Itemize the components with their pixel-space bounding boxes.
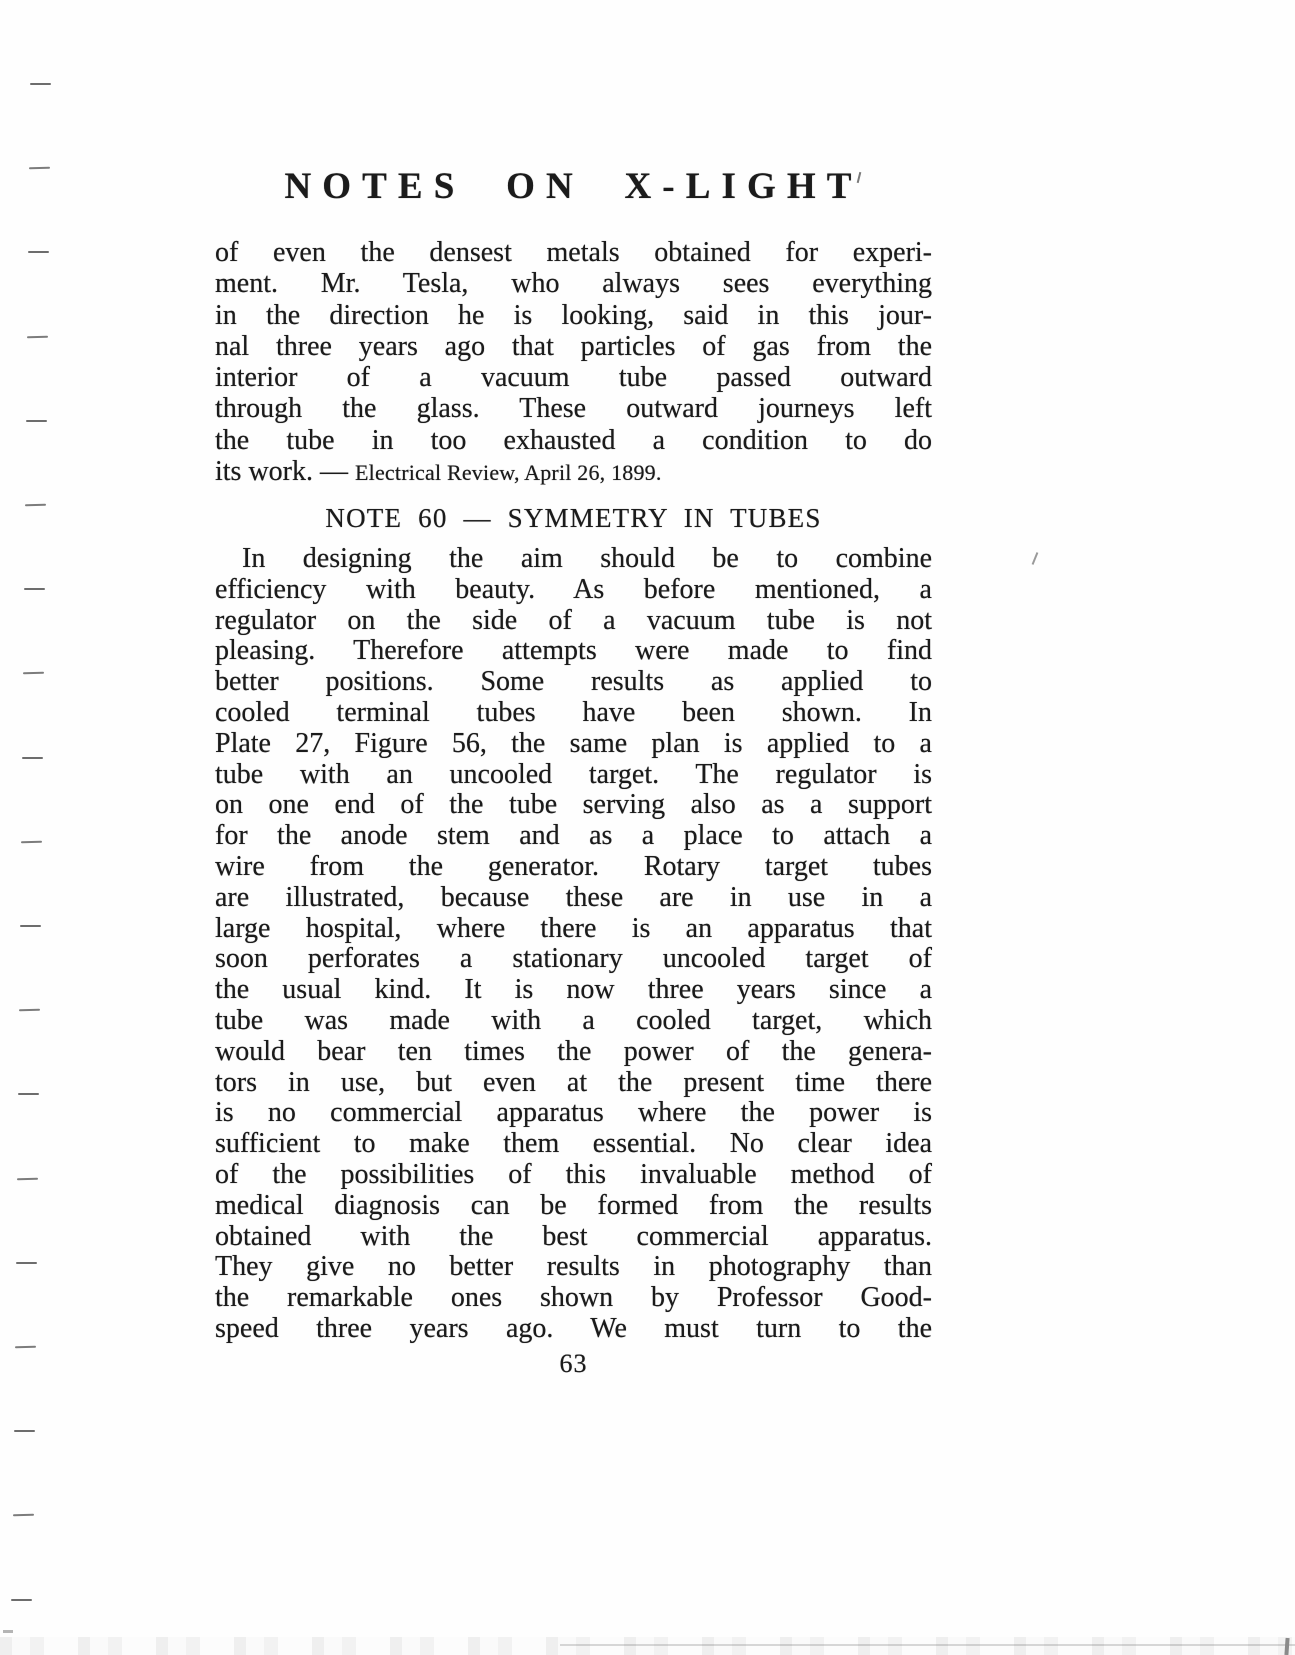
text-line: the tube in too exhausted a condition to… bbox=[215, 425, 932, 456]
text-line: efficiency with beauty. As before mentio… bbox=[215, 575, 932, 606]
margin-scan-dash bbox=[29, 167, 50, 169]
scanned-book-page: NOTES ON X-LIGHT of even the densest met… bbox=[0, 0, 1295, 1655]
margin-scan-dash bbox=[21, 841, 42, 843]
text-line: Plate 27, Figure 56, the same plan is ap… bbox=[215, 729, 932, 760]
text-line: interior of a vacuum tube passed outward bbox=[215, 362, 932, 393]
bottom-left-speck bbox=[3, 1630, 13, 1633]
text-line: on one end of the tube serving also as a… bbox=[215, 790, 932, 821]
page-title: NOTES ON X-LIGHT bbox=[215, 165, 932, 208]
text-line: of even the densest metals obtained for … bbox=[215, 237, 932, 268]
margin-scan-dash bbox=[15, 1346, 36, 1348]
text-line: tube was made with a cooled target, whic… bbox=[215, 1006, 932, 1037]
text-line-with-citation: its work. — Electrical Review, April 26,… bbox=[215, 456, 932, 487]
margin-scan-dash bbox=[30, 83, 51, 85]
text-line: In designing the aim should be to combin… bbox=[215, 544, 932, 575]
bottom-scan-edge-band bbox=[0, 1637, 1295, 1655]
text-line: large hospital, where there is an appara… bbox=[215, 914, 932, 945]
stray-margin-speck bbox=[1032, 552, 1039, 565]
margin-scan-dash bbox=[28, 251, 49, 253]
margin-scan-dash bbox=[18, 1093, 39, 1095]
text-line: of the possibilities of this invaluable … bbox=[215, 1160, 932, 1191]
margin-scan-dash bbox=[25, 504, 46, 506]
text-line: through the glass. These outward journey… bbox=[215, 393, 932, 424]
text-line: nal three years ago that particles of ga… bbox=[215, 331, 932, 362]
margin-scan-dash bbox=[23, 672, 44, 674]
paragraph-body: In designing the aim should be to combin… bbox=[215, 544, 932, 1345]
margin-scan-dash bbox=[26, 420, 47, 422]
text-line: the usual kind. It is now three years si… bbox=[215, 975, 932, 1006]
text-line: pleasing. Therefore attempts were made t… bbox=[215, 636, 932, 667]
text-line: tors in use, but even at the present tim… bbox=[215, 1068, 932, 1099]
text-line: sufficient to make them essential. No cl… bbox=[215, 1129, 932, 1160]
text-line: obtained with the best commercial appara… bbox=[215, 1222, 932, 1253]
margin-scan-dash bbox=[17, 1178, 38, 1180]
text-line: speed three years ago. We must turn to t… bbox=[215, 1314, 932, 1345]
margin-scan-dash bbox=[13, 1514, 34, 1516]
text-line: wire from the generator. Rotary target t… bbox=[215, 852, 932, 883]
margin-scan-dash bbox=[11, 1599, 32, 1601]
margin-scan-dash bbox=[22, 757, 43, 759]
margin-scan-dash bbox=[27, 336, 48, 338]
text-line: would bear ten times the power of the ge… bbox=[215, 1037, 932, 1068]
section-heading: NOTE 60 — SYMMETRY IN TUBES bbox=[215, 503, 932, 534]
margin-scan-dash bbox=[24, 588, 45, 590]
margin-scan-dash bbox=[19, 1009, 40, 1011]
text-line: tube with an uncooled target. The regula… bbox=[215, 760, 932, 791]
text-line: better positions. Some results as applie… bbox=[215, 667, 932, 698]
citation-text: Electrical Review, April 26, 1899. bbox=[355, 460, 662, 485]
text-line: They give no better results in photograp… bbox=[215, 1252, 932, 1283]
text-line: is no commercial apparatus where the pow… bbox=[215, 1098, 932, 1129]
text-line: the remarkable ones shown by Professor G… bbox=[215, 1283, 932, 1314]
margin-scan-dash bbox=[16, 1262, 37, 1264]
text-line: ment. Mr. Tesla, who always sees everyth… bbox=[215, 268, 932, 299]
text-line: medical diagnosis can be formed from the… bbox=[215, 1191, 932, 1222]
text-line: cooled terminal tubes have been shown. I… bbox=[215, 698, 932, 729]
margin-scan-dash bbox=[20, 925, 41, 927]
margin-scan-dash bbox=[14, 1430, 35, 1432]
text-line: for the anode stem and as a place to att… bbox=[215, 821, 932, 852]
closing-text: its work. — bbox=[215, 456, 348, 487]
paragraph-continuation: of even the densest metals obtained for … bbox=[215, 237, 932, 487]
text-line: regulator on the side of a vacuum tube i… bbox=[215, 606, 932, 637]
text-line: soon perforates a stationary uncooled ta… bbox=[215, 944, 932, 975]
page-number: 63 bbox=[215, 1349, 932, 1379]
bottom-scan-edge-line bbox=[560, 1644, 1295, 1646]
text-line: in the direction he is looking, said in … bbox=[215, 300, 932, 331]
text-line: are illustrated, because these are in us… bbox=[215, 883, 932, 914]
